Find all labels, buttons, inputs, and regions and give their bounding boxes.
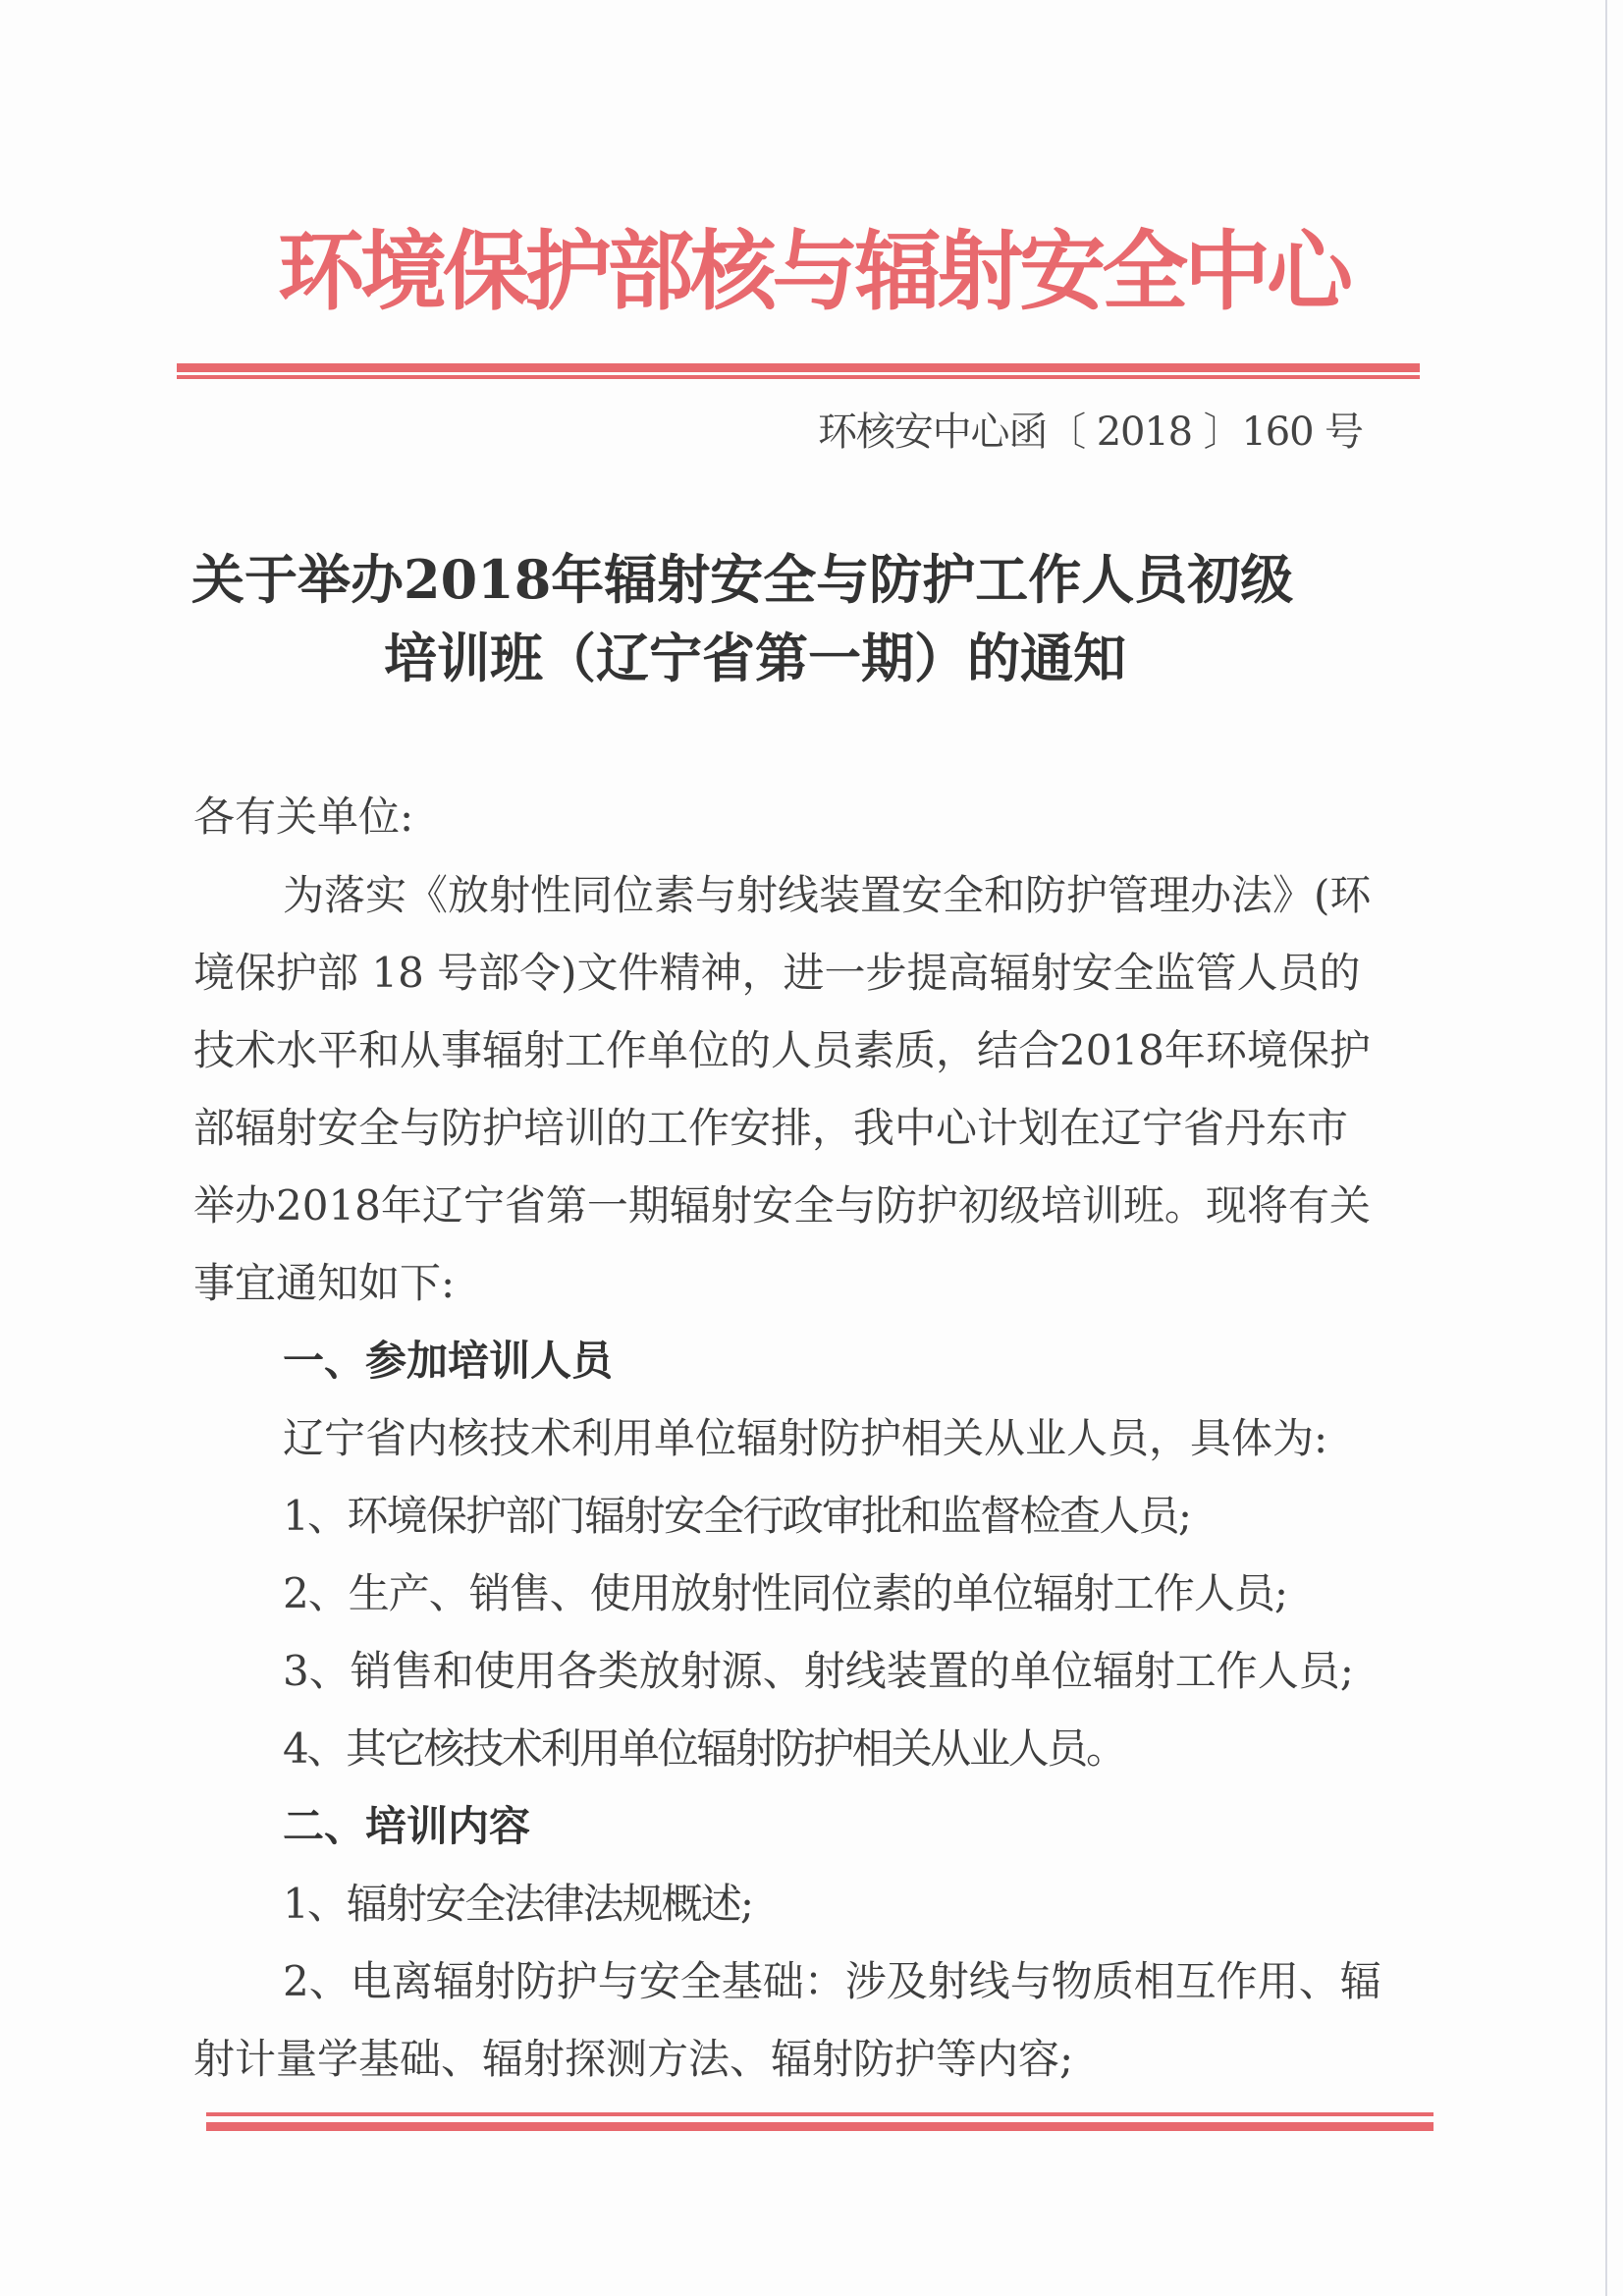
intro-line: 为落实《放射性同位素与射线装置安全和防护管理办法》(环 [283,866,1410,925]
list-item: 3、销售和使用各类放射源、射线装置的单位辐射工作人员; [283,1642,1375,1701]
letterhead-rule-thick [177,363,1420,372]
notice-title-line-2: 培训班（辽宁省第一期）的通知 [384,624,1212,692]
list-item: 2、电离辐射防护与安全基础：涉及射线与物质相互作用、辐 [283,1952,1418,2011]
footer-rule-thin [206,2112,1434,2116]
list-item: 2、生产、销售、使用放射性同位素的单位辐射工作人员; [283,1564,1288,1623]
document-page: 环境保护部核与辐射安全中心 环核安中心函〔 2018 〕160 号 关于举办20… [0,0,1623,2296]
notice-title-line-1: 关于举办2018年辐射安全与防护工作人员初级 [191,545,1407,614]
list-item: 射计量学基础、辐射探测方法、辐射防护等内容; [193,2030,1107,2089]
list-item: 4、其它核技术利用单位辐射防护相关从业人员。 [283,1720,1127,1778]
salutation: 各有关单位: [193,788,488,847]
section-heading-participants: 一、参加培训人员 [283,1332,754,1391]
letterhead-organization: 环境保护部核与辐射安全中心 [278,218,1353,326]
intro-line: 境保护部 18 号部令)文件精神，进一步提高辐射安全监管人员的 [193,944,1410,1003]
intro-line: 举办2018年辽宁省第一期辐射安全与防护初级培训班。现将有关 [193,1176,1410,1235]
footer-rule-thick [206,2122,1434,2131]
document-number: 环核安中心函〔 2018 〕160 号 [818,405,1364,460]
list-item: 1、辐射安全法律法规概述; [283,1875,754,1934]
letterhead-rule-thin [177,375,1420,379]
scan-edge-line [1605,0,1607,2296]
intro-line: 事宜通知如下: [193,1254,586,1313]
list-item: 1、环境保护部门辐射安全行政审批和监督检查人员; [283,1487,1192,1546]
section-heading-training-content: 二、培训内容 [283,1797,636,1856]
intro-line: 技术水平和从事辐射工作单位的人员素质，结合2018年环境保护 [193,1021,1410,1080]
intro-line: 部辐射安全与防护培训的工作安排，我中心计划在辽宁省丹东市 [193,1099,1410,1158]
section-lead: 辽宁省内核技术利用单位辐射防护相关从业人员，具体为: [283,1409,1371,1468]
